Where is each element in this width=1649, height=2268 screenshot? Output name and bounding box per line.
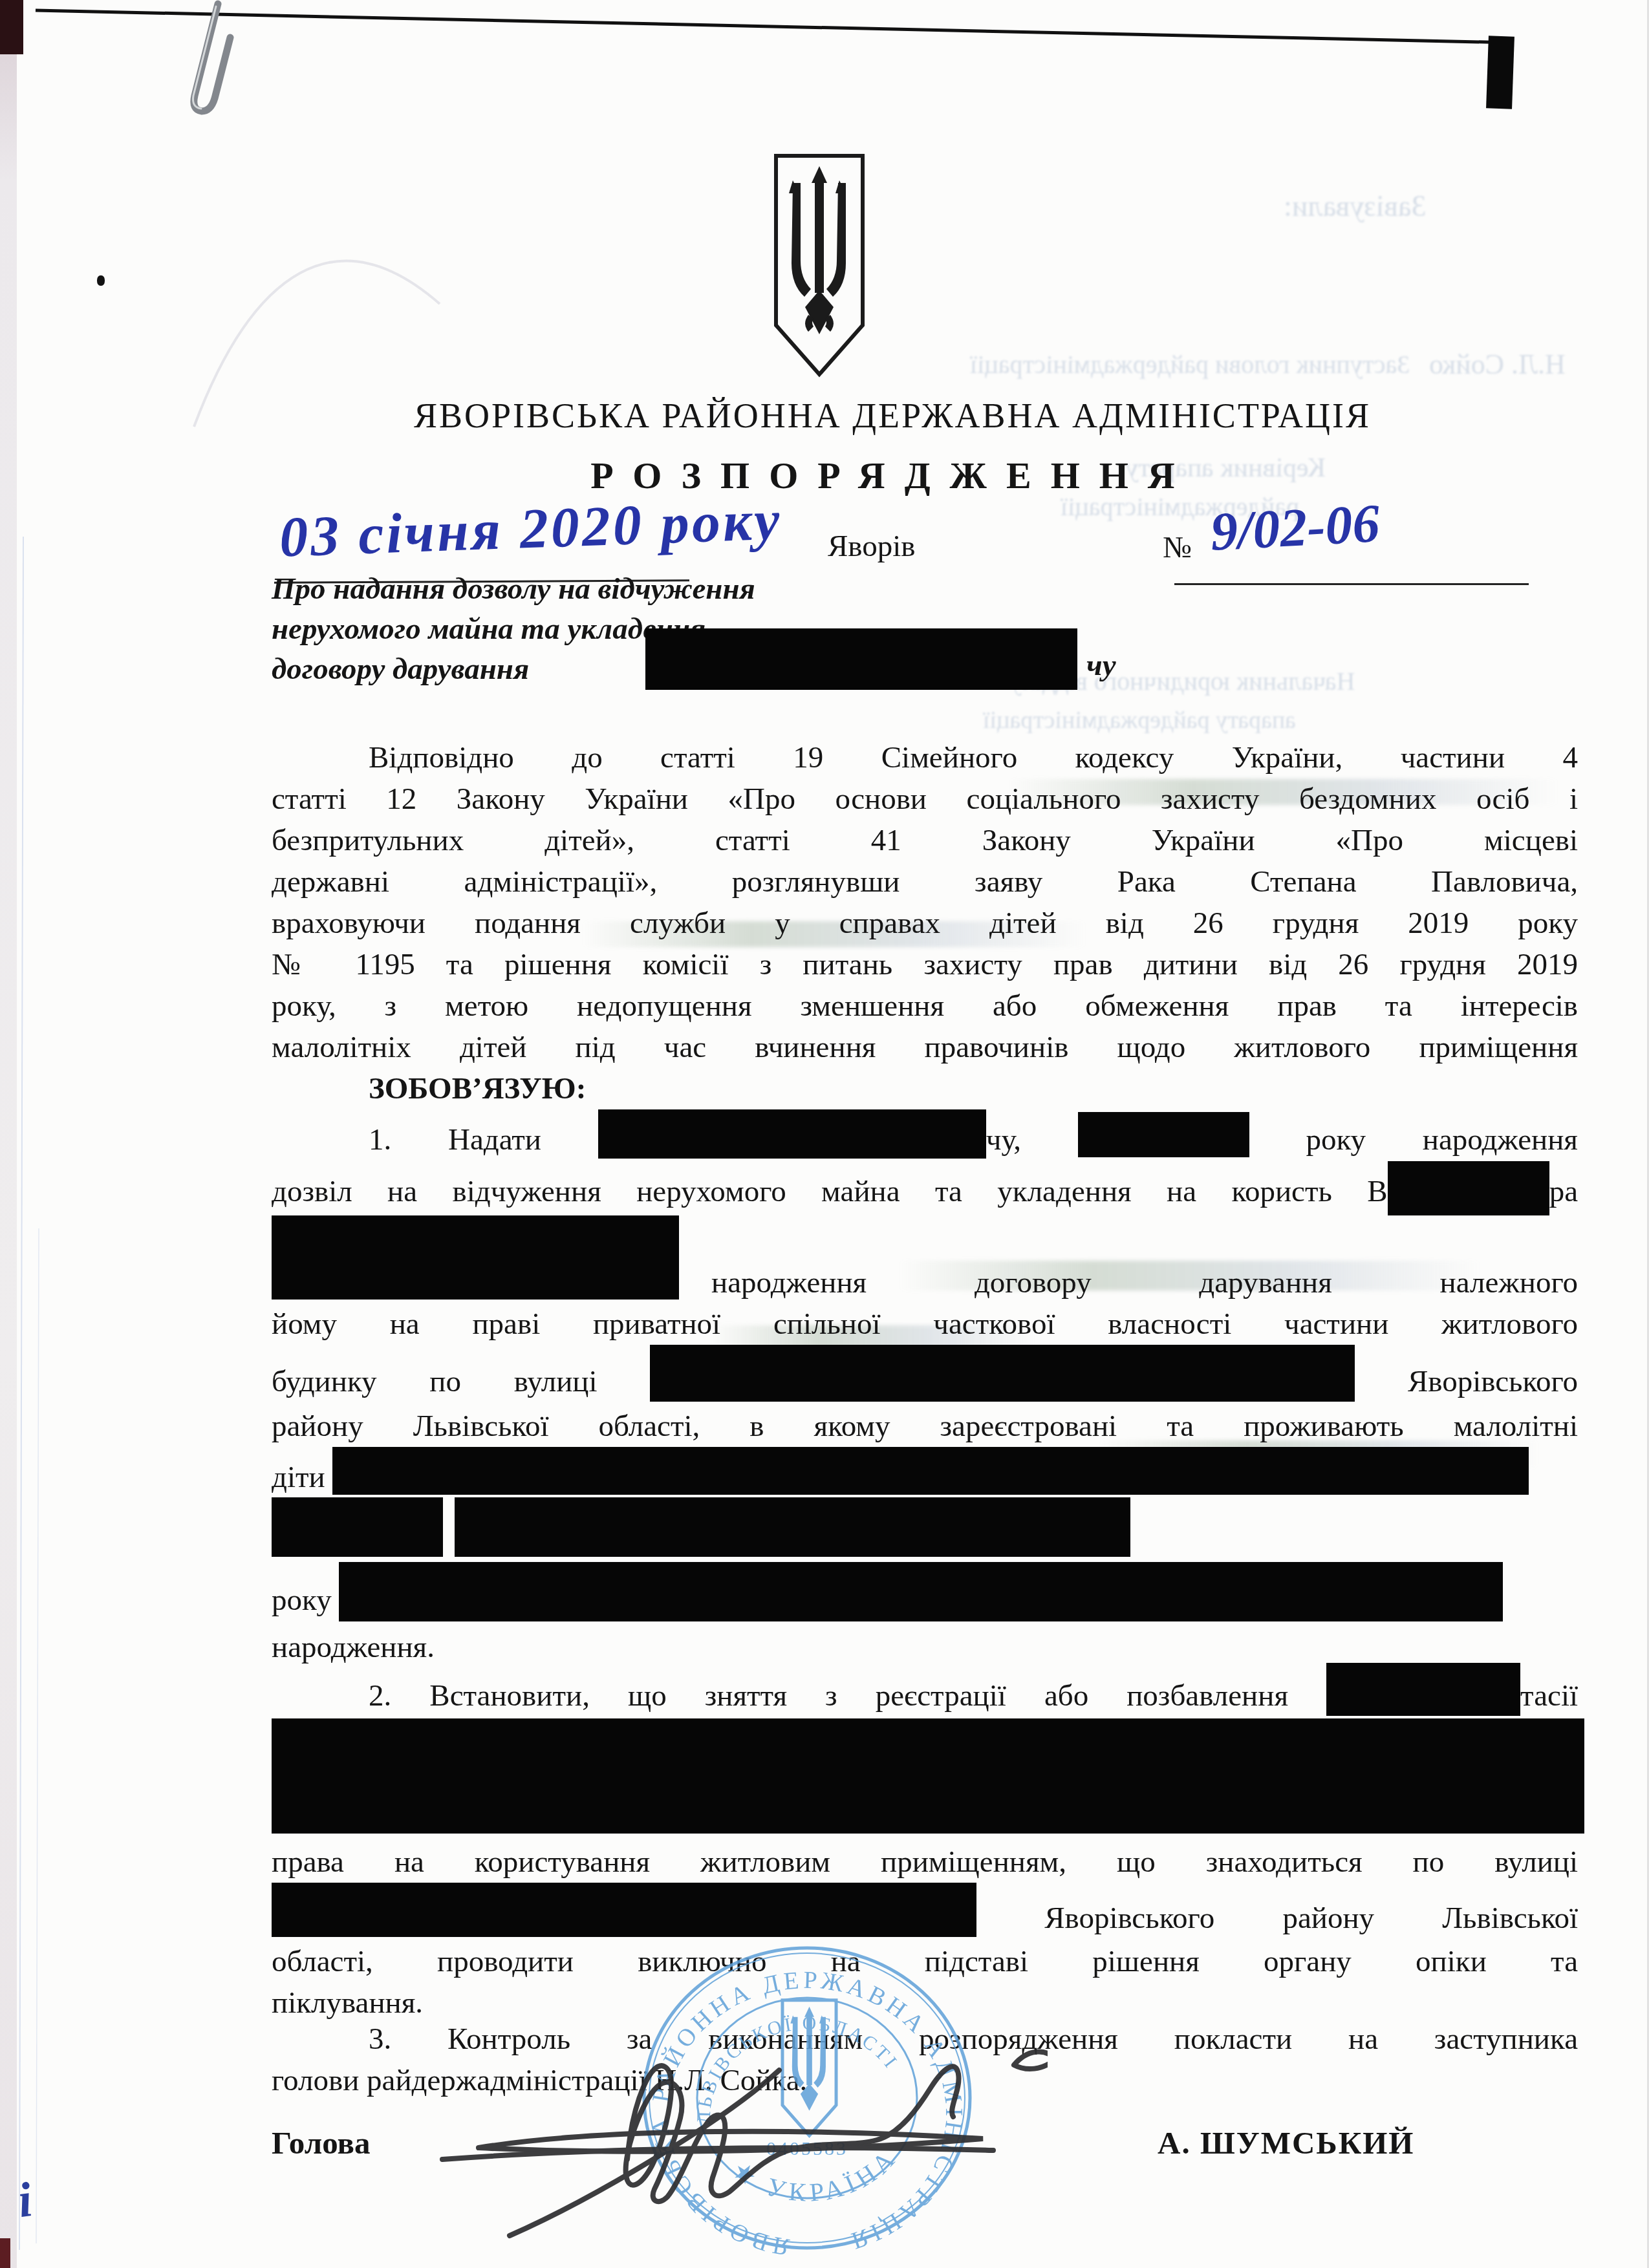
paperclip-icon [193,4,231,111]
body-text: права на користування житловим приміщенн… [272,1845,1578,1879]
body-text: тасії [1520,1679,1578,1713]
subject-line: Про надання дозволу на відчуження [272,569,983,609]
body-line: йому на праві приватної спільної частков… [272,1303,1578,1345]
body-text: Яворівського району Львівської [976,1901,1578,1935]
body-line: статті 12 Закону України «Про основи соц… [272,778,1578,820]
redaction-bar [650,1345,1355,1402]
body-line: Яворівського району Львівської [272,1883,1578,1941]
body-line [272,1718,1578,1841]
body-line: 1. Надати чу, року народження [272,1109,1578,1161]
body-line: 2. Встановити, що зняття з реєстрації аб… [272,1663,1578,1718]
body-text: ра [1549,1175,1578,1208]
body-line: будинку по вулиці Яворівського [272,1345,1578,1406]
redaction-bar [1078,1112,1249,1157]
body-text: безпритульних дітей», статті 41 Закону У… [272,824,1578,857]
body-text: року, з метою недопущення зменшення або … [272,989,1578,1023]
body-line: державні адміністрації», розглянувши зая… [272,861,1578,903]
body-line: року [272,1562,1578,1627]
body-text: піклування. [272,1986,423,2020]
redaction-bar [272,1497,443,1557]
body-text: № 1195 та рішення комісії з питань захис… [272,948,1578,981]
redaction-bar [272,1883,976,1937]
body-text: державні адміністрації», розглянувши зая… [272,865,1578,899]
position-label: Голова [272,2124,370,2161]
org-title: ЯВОРІВСЬКА РАЙОННА ДЕРЖАВНА АДМІНІСТРАЦІ… [272,396,1513,436]
body-line: враховуючи подання служби у справах діте… [272,903,1578,944]
body-line: року, з метою недопущення зменшення або … [272,985,1578,1027]
redaction-bar [272,1215,679,1300]
body-text: ЗОБОВ’ЯЗУЮ: [369,1072,586,1106]
body-line-text: народження договору дарування належного [711,1262,1578,1303]
body-text: 2. Встановити, що зняття з реєстрації аб… [369,1679,1326,1713]
scan-top-line [36,10,1512,43]
redaction-bar [455,1497,1130,1557]
body-line: діти [272,1447,1578,1497]
body-line: дозвіл на відчуження нерухомого майна та… [272,1161,1578,1213]
body-text: району Львівської області, в якому зареє… [272,1409,1578,1443]
handwritten-number: 9/02-06 [1209,492,1381,564]
body-line: ЗОБОВ’ЯЗУЮ: [272,1068,1578,1109]
body-line: малолітніх дітей під час вчинення правоч… [272,1027,1578,1068]
body-text: народження. [272,1631,435,1664]
body-text: діти [272,1460,332,1494]
body-line: безпритульних дітей», статті 41 Закону У… [272,820,1578,861]
body-text: року народження [1249,1123,1578,1157]
body-text: йому на праві приватної спільної частков… [272,1307,1578,1341]
body-line: району Львівської області, в якому зареє… [272,1406,1578,1447]
body-text: статті 12 Закону України «Про основи соц… [272,782,1578,816]
redaction-bar [1388,1161,1549,1215]
doc-type-title: РОЗПОРЯДЖЕННЯ [272,454,1513,497]
redaction-bar [645,628,1077,690]
body-text: Відповідно до статті 19 Сімейного кодекс… [369,741,1578,775]
redaction-bar [598,1109,986,1159]
signatory-name: А. ШУМСЬКИЙ [1158,2124,1414,2161]
body-line: права на користування житловим приміщенн… [272,1841,1578,1883]
trident-emblem-icon [771,152,868,378]
body-line: народження договору дарування належного [272,1213,1578,1303]
redaction-bar [332,1447,1529,1495]
redaction-bar [339,1562,1503,1621]
decree-body: Відповідно до статті 19 Сімейного кодекс… [272,737,1578,2101]
scan-black-blob [1486,36,1514,109]
number-label: № [1163,530,1192,565]
body-line [272,1497,1578,1562]
body-line: народження. [272,1627,1578,1663]
signature [401,2011,1048,2256]
body-line: Відповідно до статті 19 Сімейного кодекс… [272,737,1578,778]
body-text: Яворівського [1355,1365,1578,1398]
body-text: чу, [986,1123,1078,1157]
scanned-decree-page: і Завізували:Заступник голови райдержадм… [0,0,1649,2268]
body-text: 1. Надати [369,1123,598,1157]
number-underline [1174,583,1529,585]
body-text: малолітніх дітей під час вчинення правоч… [272,1031,1578,1064]
scan-hairline-1 [19,537,23,2250]
redaction-bar [1326,1663,1520,1716]
body-text: будинку по вулиці [272,1365,650,1398]
scan-hairline-2 [36,1228,39,2243]
place-name: Яворів [828,529,915,564]
body-text: враховуючи подання служби у справах діте… [272,906,1578,940]
body-text: дозвіл на відчуження нерухомого майна та… [272,1175,1388,1208]
subject-suffix: чу [1086,648,1116,683]
body-line: № 1195 та рішення комісії з питань захис… [272,944,1578,985]
redaction-bar [272,1718,1584,1834]
body-text: року [272,1583,339,1617]
